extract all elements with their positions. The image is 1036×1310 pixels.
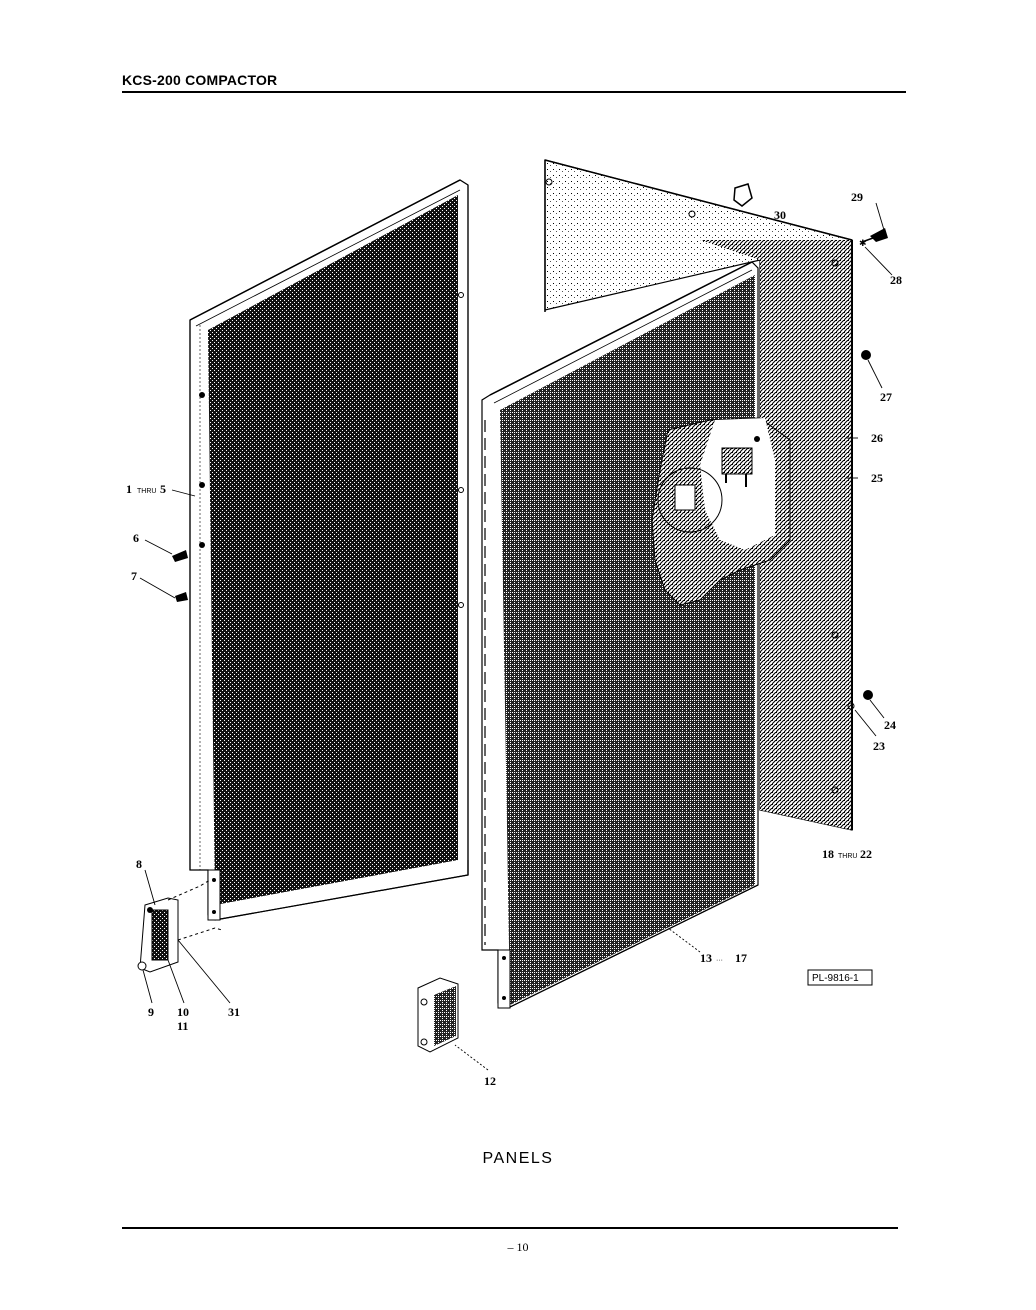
toe-block <box>418 978 458 1052</box>
callout-1-range-word: THRU <box>137 488 156 495</box>
screw-7-icon <box>175 592 188 602</box>
callout-8: 8 <box>136 857 142 871</box>
callout-13: 13 <box>700 951 712 965</box>
callout-30: 30 <box>774 208 786 222</box>
screw-29-icon <box>870 228 888 242</box>
callout-18: 18 <box>822 847 834 861</box>
exploded-parts-diagram: ✱ <box>0 0 1036 1310</box>
reference-code-box: PL-9816-1 <box>808 970 872 985</box>
footer-rule <box>122 1227 898 1229</box>
screw-6-icon <box>172 550 188 562</box>
washer-28-icon: ✱ <box>859 238 867 248</box>
callout-27: 27 <box>880 390 892 404</box>
callout-29: 29 <box>851 190 863 204</box>
callout-17: 17 <box>735 951 747 965</box>
screw-27-icon <box>861 350 871 360</box>
callout-31: 31 <box>228 1005 240 1019</box>
callout-26: 26 <box>871 431 883 445</box>
reference-code: PL-9816-1 <box>812 973 859 984</box>
callout-18-range-word: THRU <box>838 853 857 860</box>
callout-9: 9 <box>148 1005 154 1019</box>
left-side-panel <box>190 180 468 920</box>
screw-24-icon <box>863 690 873 700</box>
callout-24: 24 <box>884 718 896 732</box>
right-side-panel <box>482 262 790 1008</box>
callout-13-range-word: ··· <box>716 957 723 964</box>
page-number: – 10 <box>0 1240 1036 1255</box>
callout-5: 5 <box>160 482 166 496</box>
callout-6: 6 <box>133 531 139 545</box>
callout-12: 12 <box>484 1074 496 1088</box>
callout-28: 28 <box>890 273 902 287</box>
callout-11: 11 <box>177 1019 188 1033</box>
callout-25: 25 <box>871 471 883 485</box>
callout-22: 22 <box>860 847 872 861</box>
callout-23: 23 <box>873 739 885 753</box>
callout-1: 1 <box>126 482 132 496</box>
callout-7: 7 <box>131 569 137 583</box>
clip-30-icon <box>734 184 752 206</box>
callout-10: 10 <box>177 1005 189 1019</box>
diagram-caption: PANELS <box>0 1150 1036 1168</box>
